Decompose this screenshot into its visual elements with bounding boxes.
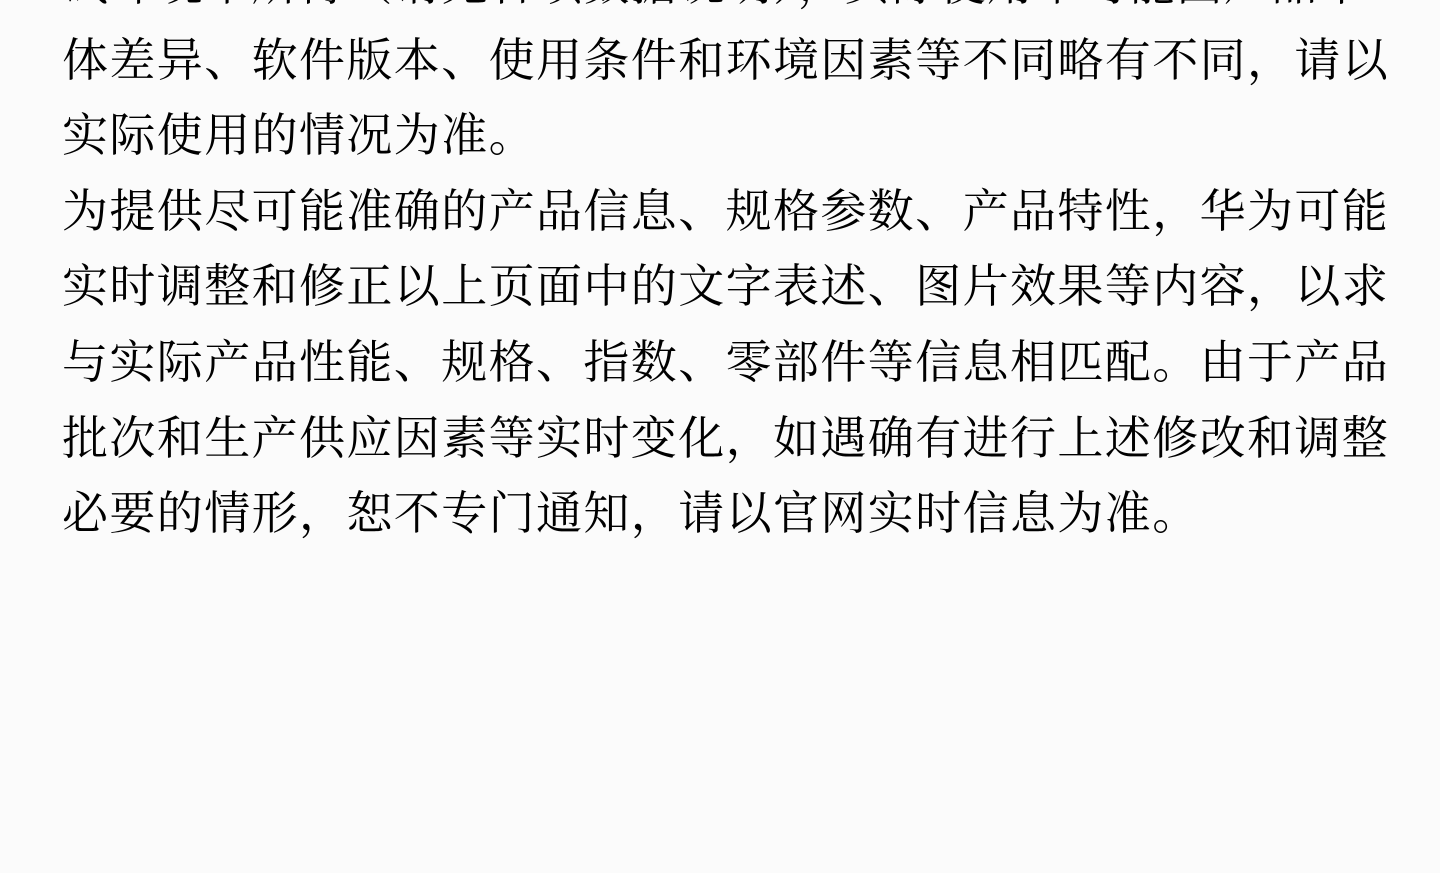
disclaimer-line: 批次和生产供应因素等实时变化，如遇确有进行上述修改和调整 [62, 401, 1389, 477]
disclaimer-text-block: 试环境中所得（请见各项数据说明），实际使用中可能因产品个 体差异、软件版本、使用… [62, 0, 1389, 552]
disclaimer-line-clipped: 试环境中所得（请见各项数据说明），实际使用中可能因产品个 [62, 0, 1389, 23]
disclaimer-line: 实际使用的情况为准。 [62, 98, 1389, 174]
disclaimer-page: 试环境中所得（请见各项数据说明），实际使用中可能因产品个 体差异、软件版本、使用… [0, 0, 1440, 873]
disclaimer-line: 为提供尽可能准确的产品信息、规格参数、产品特性，华为可能 [62, 174, 1389, 250]
disclaimer-line: 实时调整和修正以上页面中的文字表述、图片效果等内容，以求 [62, 249, 1389, 325]
disclaimer-line: 与实际产品性能、规格、指数、零部件等信息相匹配。由于产品 [62, 325, 1389, 401]
disclaimer-line: 体差异、软件版本、使用条件和环境因素等不同略有不同，请以 [62, 23, 1389, 99]
disclaimer-line: 必要的情形，恕不专门通知，请以官网实时信息为准。 [62, 476, 1389, 552]
